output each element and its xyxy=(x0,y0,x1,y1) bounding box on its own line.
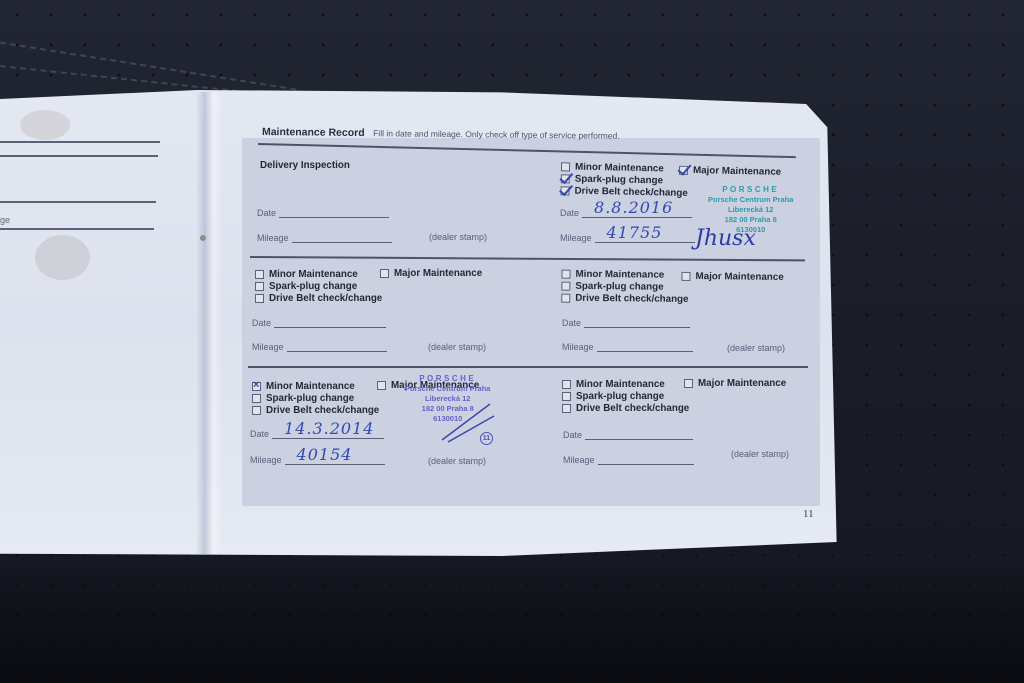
date-field[interactable]: Date xyxy=(252,318,386,328)
minor-maintenance-checkbox[interactable] xyxy=(252,382,261,391)
dealer-stamp-label: (dealer stamp) xyxy=(727,343,785,353)
dealer-stamp-label: (dealer stamp) xyxy=(428,342,486,352)
date-field[interactable]: Date14.3.2014 xyxy=(250,429,384,439)
drive-belt-checkbox[interactable] xyxy=(560,186,569,195)
mileage-field[interactable]: Mileage xyxy=(252,342,387,352)
mileage-field[interactable]: Mileage40154 xyxy=(250,455,385,465)
signature: Jhusx xyxy=(695,226,756,251)
date-field[interactable]: Date xyxy=(257,208,389,218)
major-maintenance-checkbox[interactable] xyxy=(679,166,688,175)
booklet-fold xyxy=(196,92,222,554)
dealer-stamp-label: (dealer stamp) xyxy=(731,449,789,459)
form-header: Maintenance Record Fill in date and mile… xyxy=(262,122,620,144)
paper-stain xyxy=(20,110,70,140)
section-rule xyxy=(248,366,808,368)
mileage-field[interactable]: Mileage41755 xyxy=(560,233,695,243)
signature-stroke xyxy=(438,400,498,445)
mileage-field[interactable]: Mileage xyxy=(563,455,694,465)
drive-belt-checkbox[interactable] xyxy=(561,293,570,302)
dealer-stamp-label: (dealer stamp) xyxy=(429,232,487,242)
paper-stain xyxy=(35,235,90,280)
form-title: Maintenance Record xyxy=(262,126,365,139)
shadow xyxy=(0,553,1024,683)
major-maintenance-checkbox[interactable] xyxy=(380,269,389,278)
drive-belt-checkbox[interactable] xyxy=(562,404,571,413)
major-maintenance-checkbox[interactable] xyxy=(684,379,693,388)
drive-belt-checkbox[interactable] xyxy=(252,406,261,415)
left-page-partial-text: ge xyxy=(0,215,10,225)
left-page-rule xyxy=(0,141,160,143)
handwritten-date: 8.8.2016 xyxy=(594,198,673,217)
left-page-rule xyxy=(0,155,158,157)
left-page-rule xyxy=(0,228,154,230)
spark-plug-checkbox[interactable] xyxy=(561,281,570,290)
major-maintenance-checkbox[interactable] xyxy=(681,272,690,281)
left-page-rule xyxy=(0,201,156,203)
handwritten-date: 14.3.2014 xyxy=(284,419,374,438)
date-field[interactable]: Date xyxy=(563,430,693,440)
entry-heading: Delivery Inspection xyxy=(260,160,520,171)
minor-maintenance-checkbox[interactable] xyxy=(561,269,570,278)
date-field[interactable]: Date xyxy=(562,318,690,328)
form-instructions: Fill in date and mileage. Only check off… xyxy=(373,128,620,141)
date-field[interactable]: Date8.8.2016 xyxy=(560,208,692,218)
drive-belt-checkbox[interactable] xyxy=(255,294,264,303)
minor-maintenance-checkbox[interactable] xyxy=(255,270,264,279)
handwritten-mileage: 41755 xyxy=(607,223,663,242)
dealer-stamp-label: (dealer stamp) xyxy=(428,456,486,466)
handwritten-mileage: 40154 xyxy=(297,445,353,464)
spark-plug-checkbox[interactable] xyxy=(255,282,264,291)
spark-plug-checkbox[interactable] xyxy=(562,392,571,401)
major-maintenance-checkbox[interactable] xyxy=(377,381,386,390)
mileage-field[interactable]: Mileage xyxy=(562,342,693,352)
spark-plug-checkbox[interactable] xyxy=(252,394,261,403)
minor-maintenance-checkbox[interactable] xyxy=(562,380,571,389)
page-number: 11 xyxy=(803,508,814,520)
mileage-field[interactable]: Mileage xyxy=(257,233,392,243)
